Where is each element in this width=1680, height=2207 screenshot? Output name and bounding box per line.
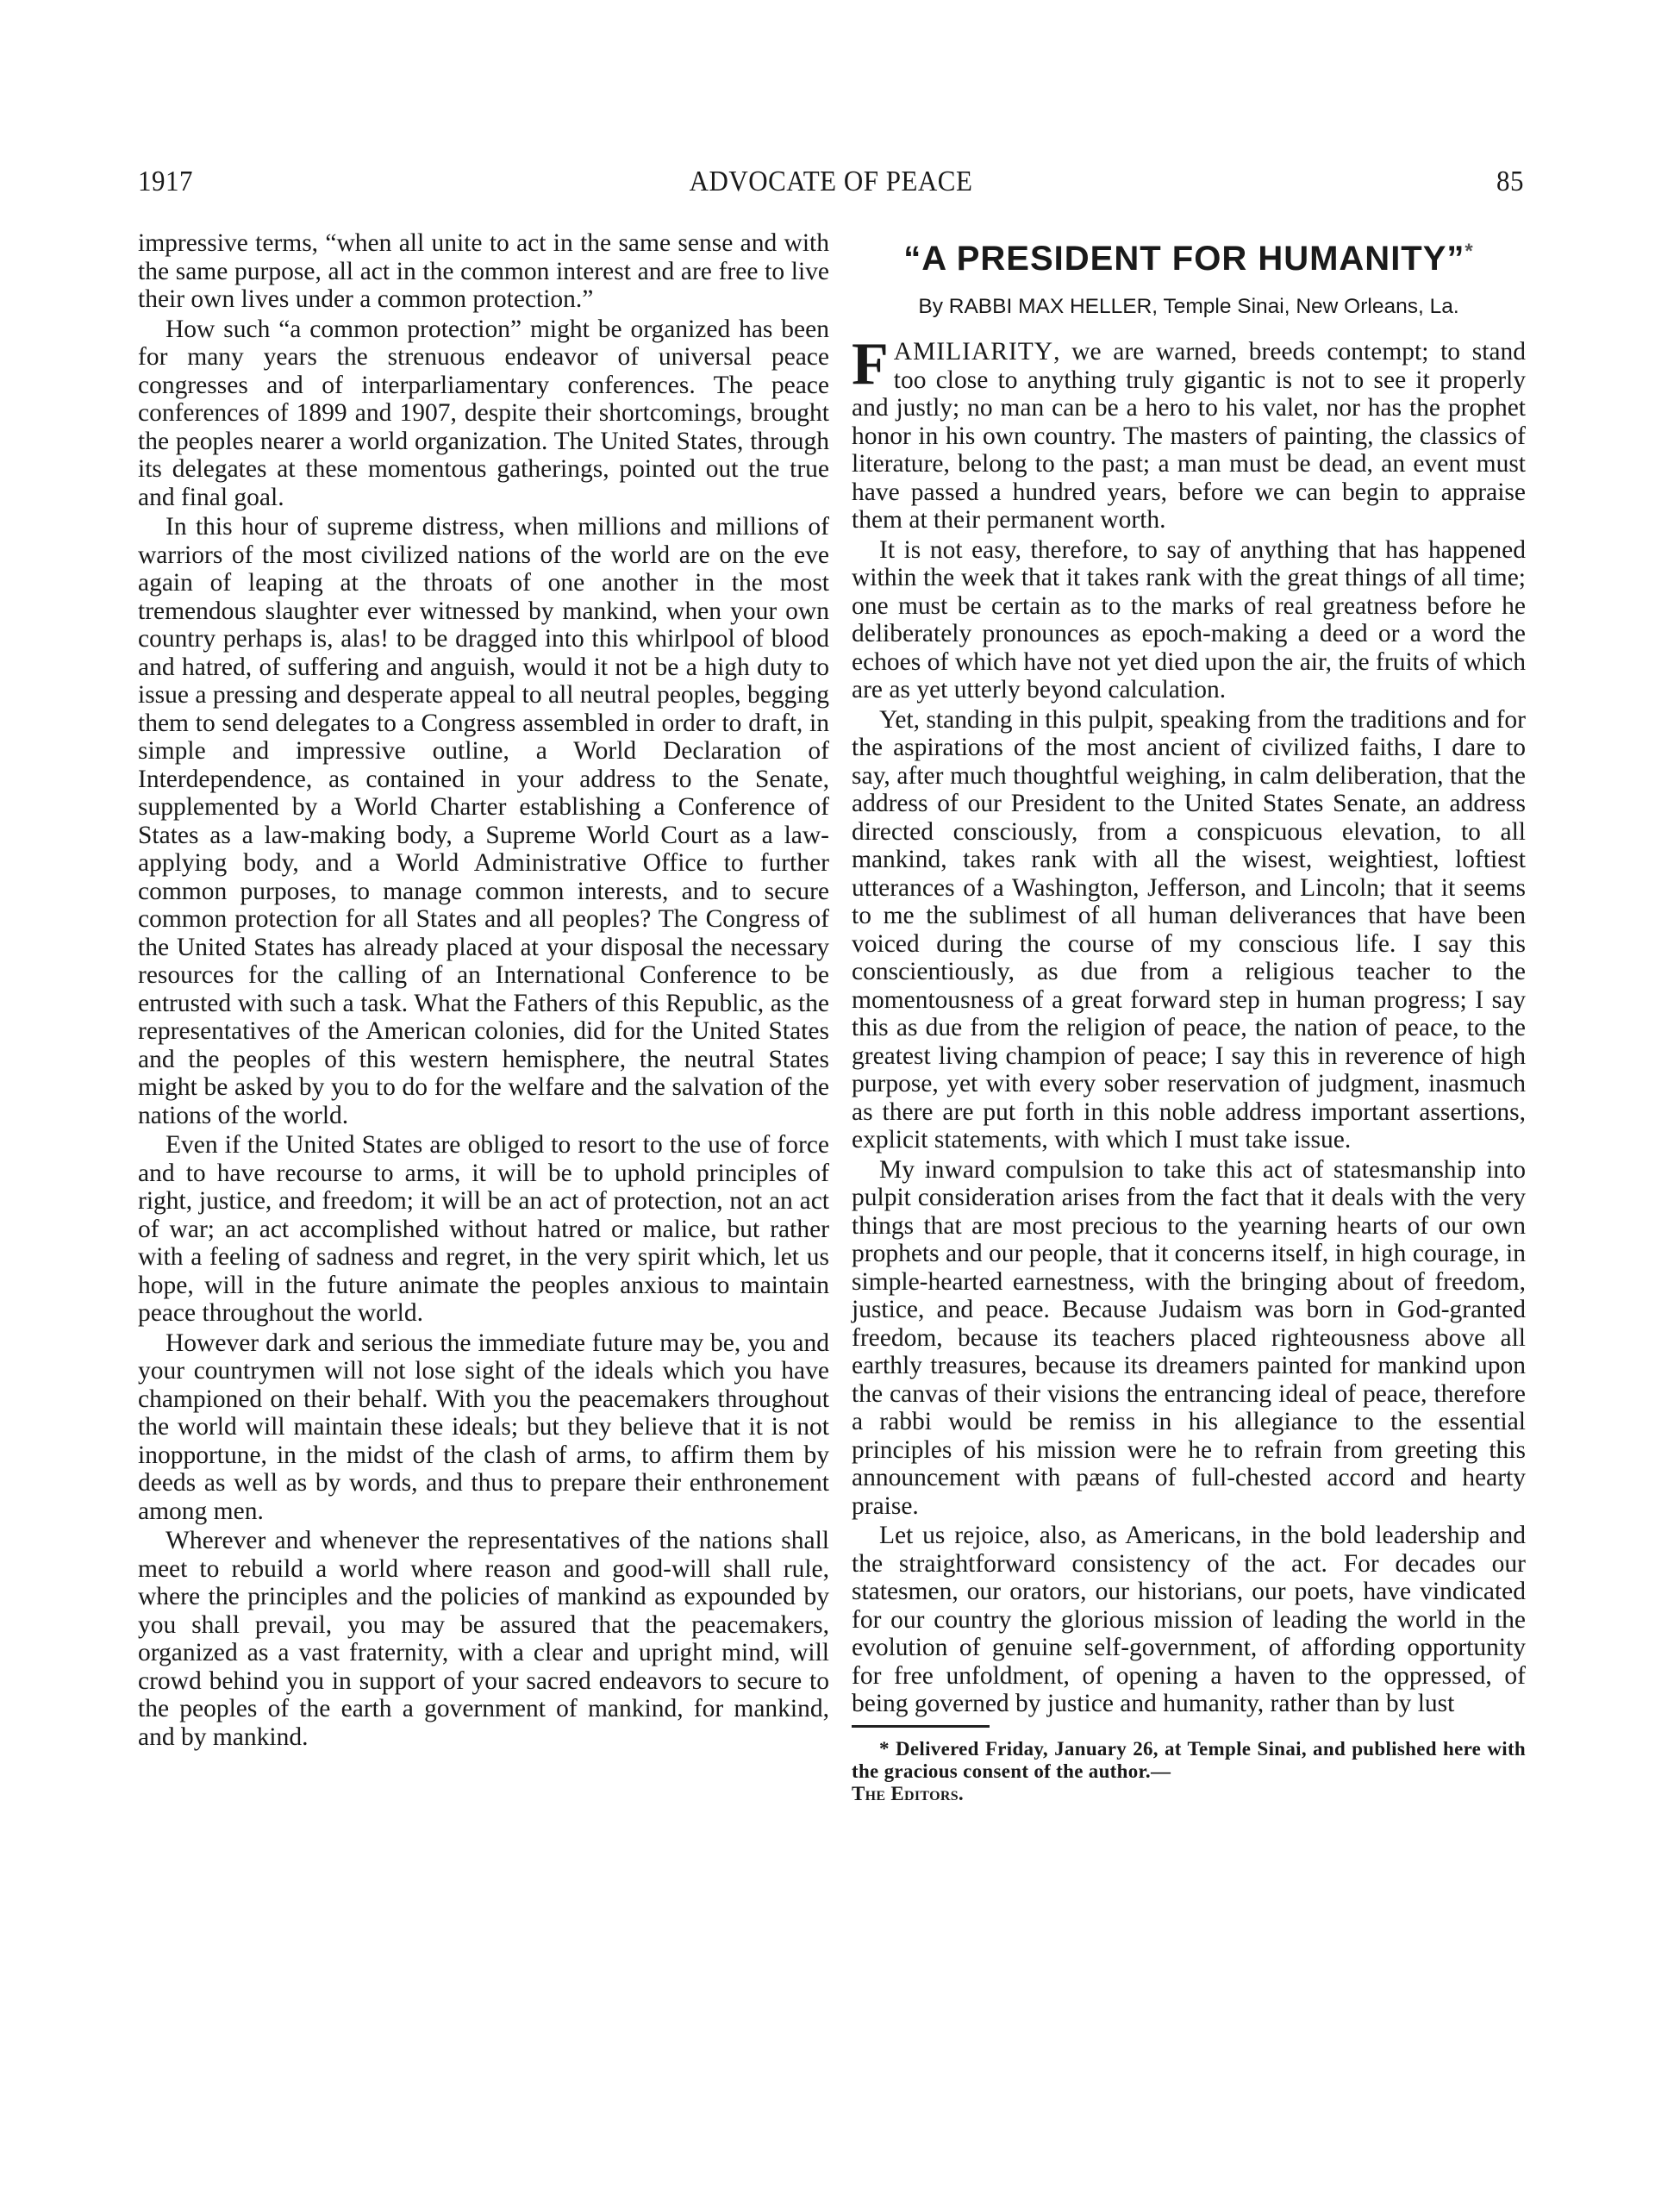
running-head: 1917 ADVOCATE OF PEACE 85 xyxy=(138,164,1524,202)
left-column: impressive terms, “when all unite to act… xyxy=(138,229,829,1751)
paragraph: It is not easy, therefore, to say of any… xyxy=(852,536,1526,704)
article-title: “A PRESIDENT FOR HUMANITY”* xyxy=(852,229,1526,278)
page-number: 85 xyxy=(1496,164,1524,198)
footnote-marker: * xyxy=(1465,240,1473,263)
drop-cap: F xyxy=(852,340,889,390)
article-title-text: “A PRESIDENT FOR HUMANITY” xyxy=(903,240,1465,278)
footnote-divider xyxy=(852,1725,990,1728)
paragraph: Even if the United States are obliged to… xyxy=(138,1131,829,1328)
opening-word-rest: AMILIARITY xyxy=(894,338,1053,366)
opening-paragraph: FAMILIARITY, we are warned, breeds conte… xyxy=(852,338,1526,535)
paragraph: Let us rejoice, also, as Americans, in t… xyxy=(852,1522,1526,1718)
footnote-signature: The Editors. xyxy=(852,1783,964,1804)
paragraph: impressive terms, “when all unite to act… xyxy=(138,229,829,314)
paragraph: Wherever and whenever the representative… xyxy=(138,1527,829,1751)
byline: By RABBI MAX HELLER, Temple Sinai, New O… xyxy=(852,295,1526,319)
footnote-text: * Delivered Friday, January 26, at Templ… xyxy=(852,1738,1526,1782)
journal-title: ADVOCATE OF PEACE xyxy=(138,164,1524,198)
paragraph: Yet, standing in this pulpit, speaking f… xyxy=(852,706,1526,1154)
paragraph: My inward compulsion to take this act of… xyxy=(852,1156,1526,1521)
footnote: * Delivered Friday, January 26, at Templ… xyxy=(852,1738,1526,1805)
paragraph: In this hour of supreme distress, when m… xyxy=(138,513,829,1129)
paragraph: However dark and serious the immediate f… xyxy=(138,1329,829,1526)
right-column: “A PRESIDENT FOR HUMANITY”* By RABBI MAX… xyxy=(852,229,1526,1805)
paragraph: How such “a common protection” might be … xyxy=(138,316,829,512)
opening-paragraph-text: , we are warned, breeds contempt; to sta… xyxy=(852,338,1526,534)
